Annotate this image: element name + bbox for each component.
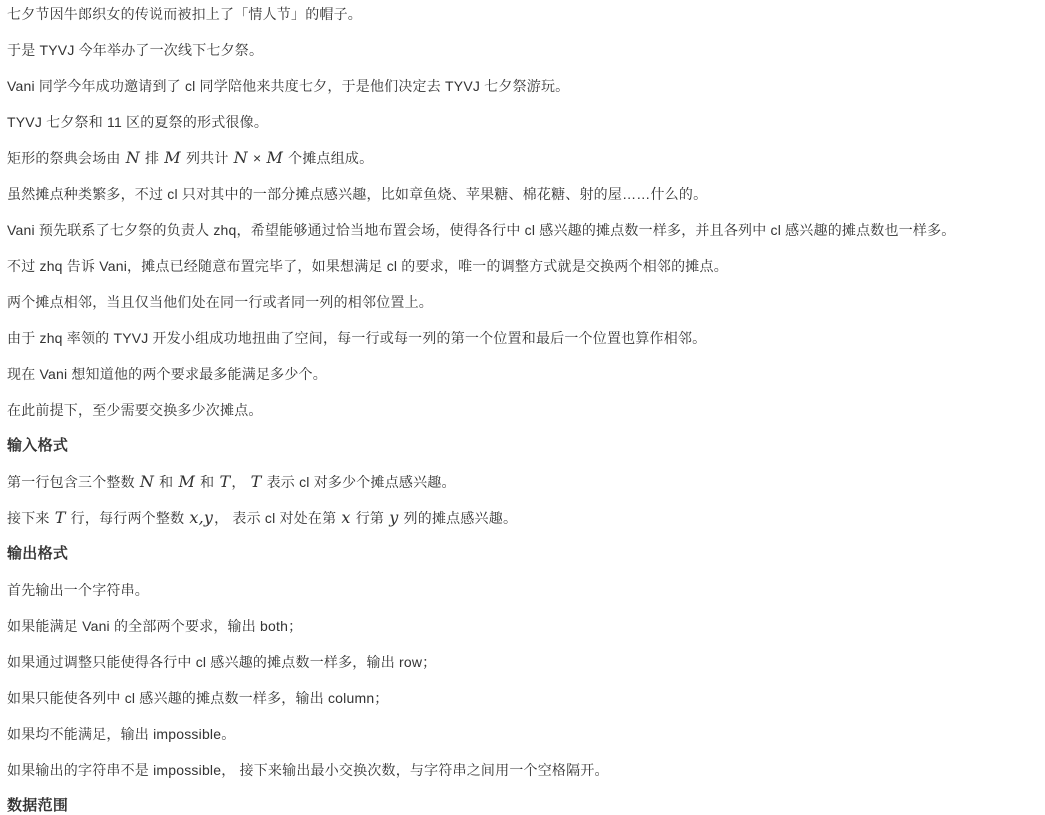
paragraph: 两个摊点相邻，当且仅当他们处在同一行或者同一列的相邻位置上。 [7, 292, 1033, 312]
paragraph: 如果只能使各列中 cl 感兴趣的摊点数一样多，输出 column； [7, 688, 1033, 708]
math-variable: M [163, 148, 182, 167]
paragraph: 第一行包含三个整数 N 和 M 和 T， T 表示 cl 对多少个摊点感兴趣。 [7, 472, 1033, 492]
paragraph: 在此前提下，至少需要交换多少次摊点。 [7, 400, 1033, 420]
text-run: ， 表示 cl 对处在第 [214, 510, 340, 526]
text-run: 列共计 [182, 150, 233, 166]
text-run: 表示 cl 对多少个摊点感兴趣。 [263, 474, 456, 490]
text-run: 于是 TYVJ 今年举办了一次线下七夕祭。 [7, 42, 263, 58]
paragraph: TYVJ 七夕祭和 11 区的夏祭的形式很像。 [7, 112, 1033, 132]
text-run: 和 [155, 474, 177, 490]
section-heading: 输入格式 [7, 436, 1033, 456]
text-run: 输入格式 [7, 437, 68, 454]
paragraph: Vani 预先联系了七夕祭的负责人 zhq，希望能够通过恰当地布置会场，使得各行… [7, 220, 1033, 240]
text-run: ， [231, 474, 249, 490]
text-run: 如果均不能满足，输出 impossible。 [7, 726, 235, 742]
math-variable: T [250, 472, 263, 491]
paragraph: 如果能满足 Vani 的全部两个要求，输出 both； [7, 616, 1033, 636]
math-variable: N [233, 148, 249, 167]
paragraph: Vani 同学今年成功邀请到了 cl 同学陪他来共度七夕，于是他们决定去 TYV… [7, 76, 1033, 96]
text-run: 在此前提下，至少需要交换多少次摊点。 [7, 402, 263, 418]
section-heading: 数据范围 [7, 796, 1033, 815]
math-variable: M [265, 148, 284, 167]
text-run: 个摊点组成。 [284, 150, 373, 166]
text-run: TYVJ 七夕祭和 11 区的夏祭的形式很像。 [7, 114, 268, 130]
paragraph: 由于 zhq 率领的 TYVJ 开发小组成功地扭曲了空间，每一行或每一列的第一个… [7, 328, 1033, 348]
text-run: 两个摊点相邻，当且仅当他们处在同一行或者同一列的相邻位置上。 [7, 294, 433, 310]
math-variable: N [139, 472, 155, 491]
text-run: 排 [141, 150, 163, 166]
math-variable: x,y [188, 508, 214, 527]
paragraph: 不过 zhq 告诉 Vani，摊点已经随意布置完毕了，如果想满足 cl 的要求，… [7, 256, 1033, 276]
text-run: 首先输出一个字符串。 [7, 582, 149, 598]
text-run: 如果通过调整只能使得各行中 cl 感兴趣的摊点数一样多，输出 row； [7, 654, 436, 670]
math-variable: y [388, 508, 399, 527]
text-run: 由于 zhq 率领的 TYVJ 开发小组成功地扭曲了空间，每一行或每一列的第一个… [7, 330, 706, 346]
text-run: 如果输出的字符串不是 impossible， 接下来输出最小交换次数，与字符串之… [7, 762, 609, 778]
text-run: 输出格式 [7, 545, 68, 562]
text-run: Vani 同学今年成功邀请到了 cl 同学陪他来共度七夕，于是他们决定去 TYV… [7, 78, 569, 94]
math-variable: M [177, 472, 196, 491]
text-run: Vani 预先联系了七夕祭的负责人 zhq，希望能够通过恰当地布置会场，使得各行… [7, 222, 956, 238]
math-variable: x [340, 508, 351, 527]
text-run: 接下来 [7, 510, 54, 526]
paragraph: 虽然摊点种类繁多，不过 cl 只对其中的一部分摊点感兴趣，比如章鱼烧、苹果糖、棉… [7, 184, 1033, 204]
text-run: 第一行包含三个整数 [7, 474, 139, 490]
text-run: 行，每行两个整数 [67, 510, 189, 526]
paragraph: 七夕节因牛郎织女的传说而被扣上了「情人节」的帽子。 [7, 4, 1033, 24]
text-run: × [249, 150, 266, 166]
math-variable: T [54, 508, 67, 527]
paragraph: 矩形的祭典会场由 N 排 M 列共计 N × M 个摊点组成。 [7, 148, 1033, 168]
text-run: 不过 zhq 告诉 Vani，摊点已经随意布置完毕了，如果想满足 cl 的要求，… [7, 258, 728, 274]
problem-statement: 七夕节因牛郎织女的传说而被扣上了「情人节」的帽子。于是 TYVJ 今年举办了一次… [0, 0, 1045, 815]
text-run: 行第 [352, 510, 389, 526]
text-run: 如果能满足 Vani 的全部两个要求，输出 both； [7, 618, 302, 634]
paragraph: 如果输出的字符串不是 impossible， 接下来输出最小交换次数，与字符串之… [7, 760, 1033, 780]
math-variable: N [125, 148, 141, 167]
section-heading: 输出格式 [7, 544, 1033, 564]
paragraph: 现在 Vani 想知道他的两个要求最多能满足多少个。 [7, 364, 1033, 384]
math-variable: T [218, 472, 231, 491]
text-run: 虽然摊点种类繁多，不过 cl 只对其中的一部分摊点感兴趣，比如章鱼烧、苹果糖、棉… [7, 186, 707, 202]
page: { "page": { "background": "#ffffff", "te… [0, 0, 1045, 815]
text-run: 现在 Vani 想知道他的两个要求最多能满足多少个。 [7, 366, 327, 382]
paragraph: 如果通过调整只能使得各行中 cl 感兴趣的摊点数一样多，输出 row； [7, 652, 1033, 672]
text-run: 如果只能使各列中 cl 感兴趣的摊点数一样多，输出 column； [7, 690, 389, 706]
paragraph: 于是 TYVJ 今年举办了一次线下七夕祭。 [7, 40, 1033, 60]
text-run: 七夕节因牛郎织女的传说而被扣上了「情人节」的帽子。 [7, 6, 362, 22]
text-run: 数据范围 [7, 797, 68, 814]
paragraph: 首先输出一个字符串。 [7, 580, 1033, 600]
text-run: 矩形的祭典会场由 [7, 150, 125, 166]
paragraph: 接下来 T 行，每行两个整数 x,y， 表示 cl 对处在第 x 行第 y 列的… [7, 508, 1033, 528]
text-run: 和 [196, 474, 218, 490]
paragraph: 如果均不能满足，输出 impossible。 [7, 724, 1033, 744]
text-run: 列的摊点感兴趣。 [399, 510, 517, 526]
